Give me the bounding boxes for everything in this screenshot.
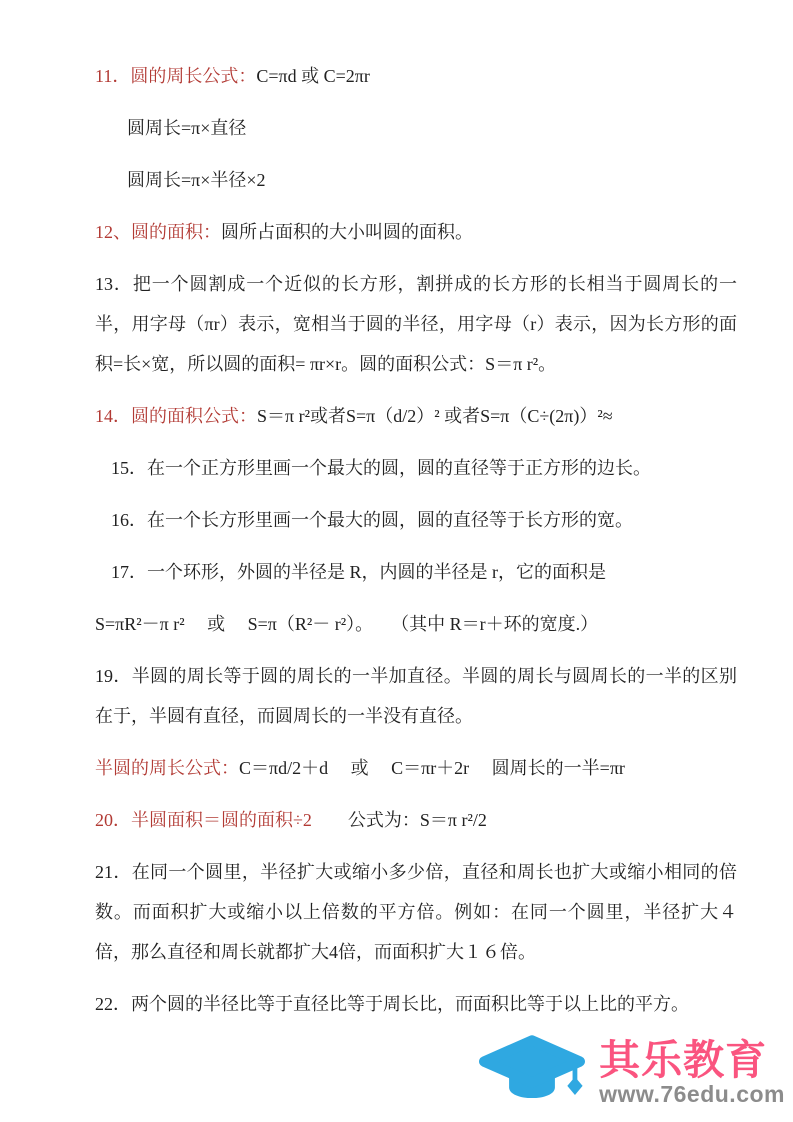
item-12-circle-area-definition: 12、圆的面积：圆所占面积的大小叫圆的面积。 [95,212,737,252]
item-13-circle-to-rectangle: 13．把一个圆割成一个近似的长方形，割拼成的长方形的长相当于圆周长的一半，用字母… [95,264,737,384]
item-15-circle-in-square: 15．在一个正方形里画一个最大的圆，圆的直径等于正方形的边长。 [95,448,737,488]
semicircle-formula-heading: 半圆的周长公式： [95,758,239,778]
line-circumference-radius-text: 圆周长=π×半径×2 [127,170,266,190]
item-12-text: 圆所占面积的大小叫圆的面积。 [221,222,473,242]
item-17-ring-area: 17．一个环形，外圆的半径是 R，内圆的半径是 r，它的面积是 [95,552,737,592]
line-circumference-diameter-text: 圆周长=π×直径 [127,118,246,138]
semicircle-formula-text: C＝πd/2＋d 或 C＝πr＋2r 圆周长的一半=πr [239,758,625,778]
brand-text-block: 其乐教育 www.76edu.com [599,1039,789,1107]
item-22-ratio: 22．两个圆的半径比等于直径比等于周长比，而面积比等于以上比的平方。 [95,984,737,1024]
graduation-cap-icon [469,1030,595,1116]
item-11-heading: 11．圆的周长公式： [95,66,256,86]
item-14-heading: 14．圆的面积公式： [95,406,257,426]
item-17-text: 17．一个环形，外圆的半径是 R，内圆的半径是 r，它的面积是 [111,562,606,582]
brand-name: 其乐教育 [599,1039,767,1082]
item-12-heading: 12、圆的面积： [95,222,221,242]
item-11-circle-circumference-formula: 11．圆的周长公式：C=πd 或 C=2πr [95,56,737,96]
line-ring-area-formula-text: S=πR²－π r² 或 S=π（R²－ r²）。 （其中 R＝r＋环的宽度.） [95,614,598,634]
item-20-heading: 20．半圆面积＝圆的面积÷2 [95,810,312,830]
item-20-text: 公式为：S＝π r²/2 [312,810,487,830]
item-16-text: 16．在一个长方形里画一个最大的圆，圆的直径等于长方形的宽。 [111,510,633,530]
item-21-scaling: 21．在同一个圆里，半径扩大或缩小多少倍，直径和周长也扩大或缩小相同的倍数。而面… [95,852,737,972]
item-13-text: 13．把一个圆割成一个近似的长方形，割拼成的长方形的长相当于圆周长的一半，用字母… [95,274,737,374]
item-21-text: 21．在同一个圆里，半径扩大或缩小多少倍，直径和周长也扩大或缩小相同的倍数。而面… [95,862,737,962]
item-19-semicircle-perimeter: 19．半圆的周长等于圆的周长的一半加直径。半圆的周长与圆周长的一半的区别在于，半… [95,656,737,736]
item-15-text: 15．在一个正方形里画一个最大的圆，圆的直径等于正方形的边长。 [111,458,651,478]
brand-logo: 其乐教育 www.76edu.com [469,1030,789,1116]
line-ring-area-formula: S=πR²－π r² 或 S=π（R²－ r²）。 （其中 R＝r＋环的宽度.） [95,604,737,644]
line-circumference-diameter: 圆周长=π×直径 [95,108,737,148]
item-20-semicircle-area: 20．半圆面积＝圆的面积÷2 公式为：S＝π r²/2 [95,800,737,840]
item-11-text: C=πd 或 C=2πr [256,66,369,86]
brand-website: www.76edu.com [599,1082,785,1107]
item-22-text: 22．两个圆的半径比等于直径比等于周长比，而面积比等于以上比的平方。 [95,994,689,1014]
line-semicircle-perimeter-formula: 半圆的周长公式：C＝πd/2＋d 或 C＝πr＋2r 圆周长的一半=πr [95,748,737,788]
item-19-text: 19．半圆的周长等于圆的周长的一半加直径。半圆的周长与圆周长的一半的区别在于，半… [95,666,737,726]
item-14-circle-area-formula: 14．圆的面积公式：S＝π r²或者S=π（d/2）² 或者S=π（C÷(2π)… [95,396,737,436]
item-14-text: S＝π r²或者S=π（d/2）² 或者S=π（C÷(2π)）²≈ [257,406,613,426]
line-circumference-radius: 圆周长=π×半径×2 [95,160,737,200]
document-body: 11．圆的周长公式：C=πd 或 C=2πr 圆周长=π×直径 圆周长=π×半径… [95,56,737,1036]
item-16-circle-in-rectangle: 16．在一个长方形里画一个最大的圆，圆的直径等于长方形的宽。 [95,500,737,540]
